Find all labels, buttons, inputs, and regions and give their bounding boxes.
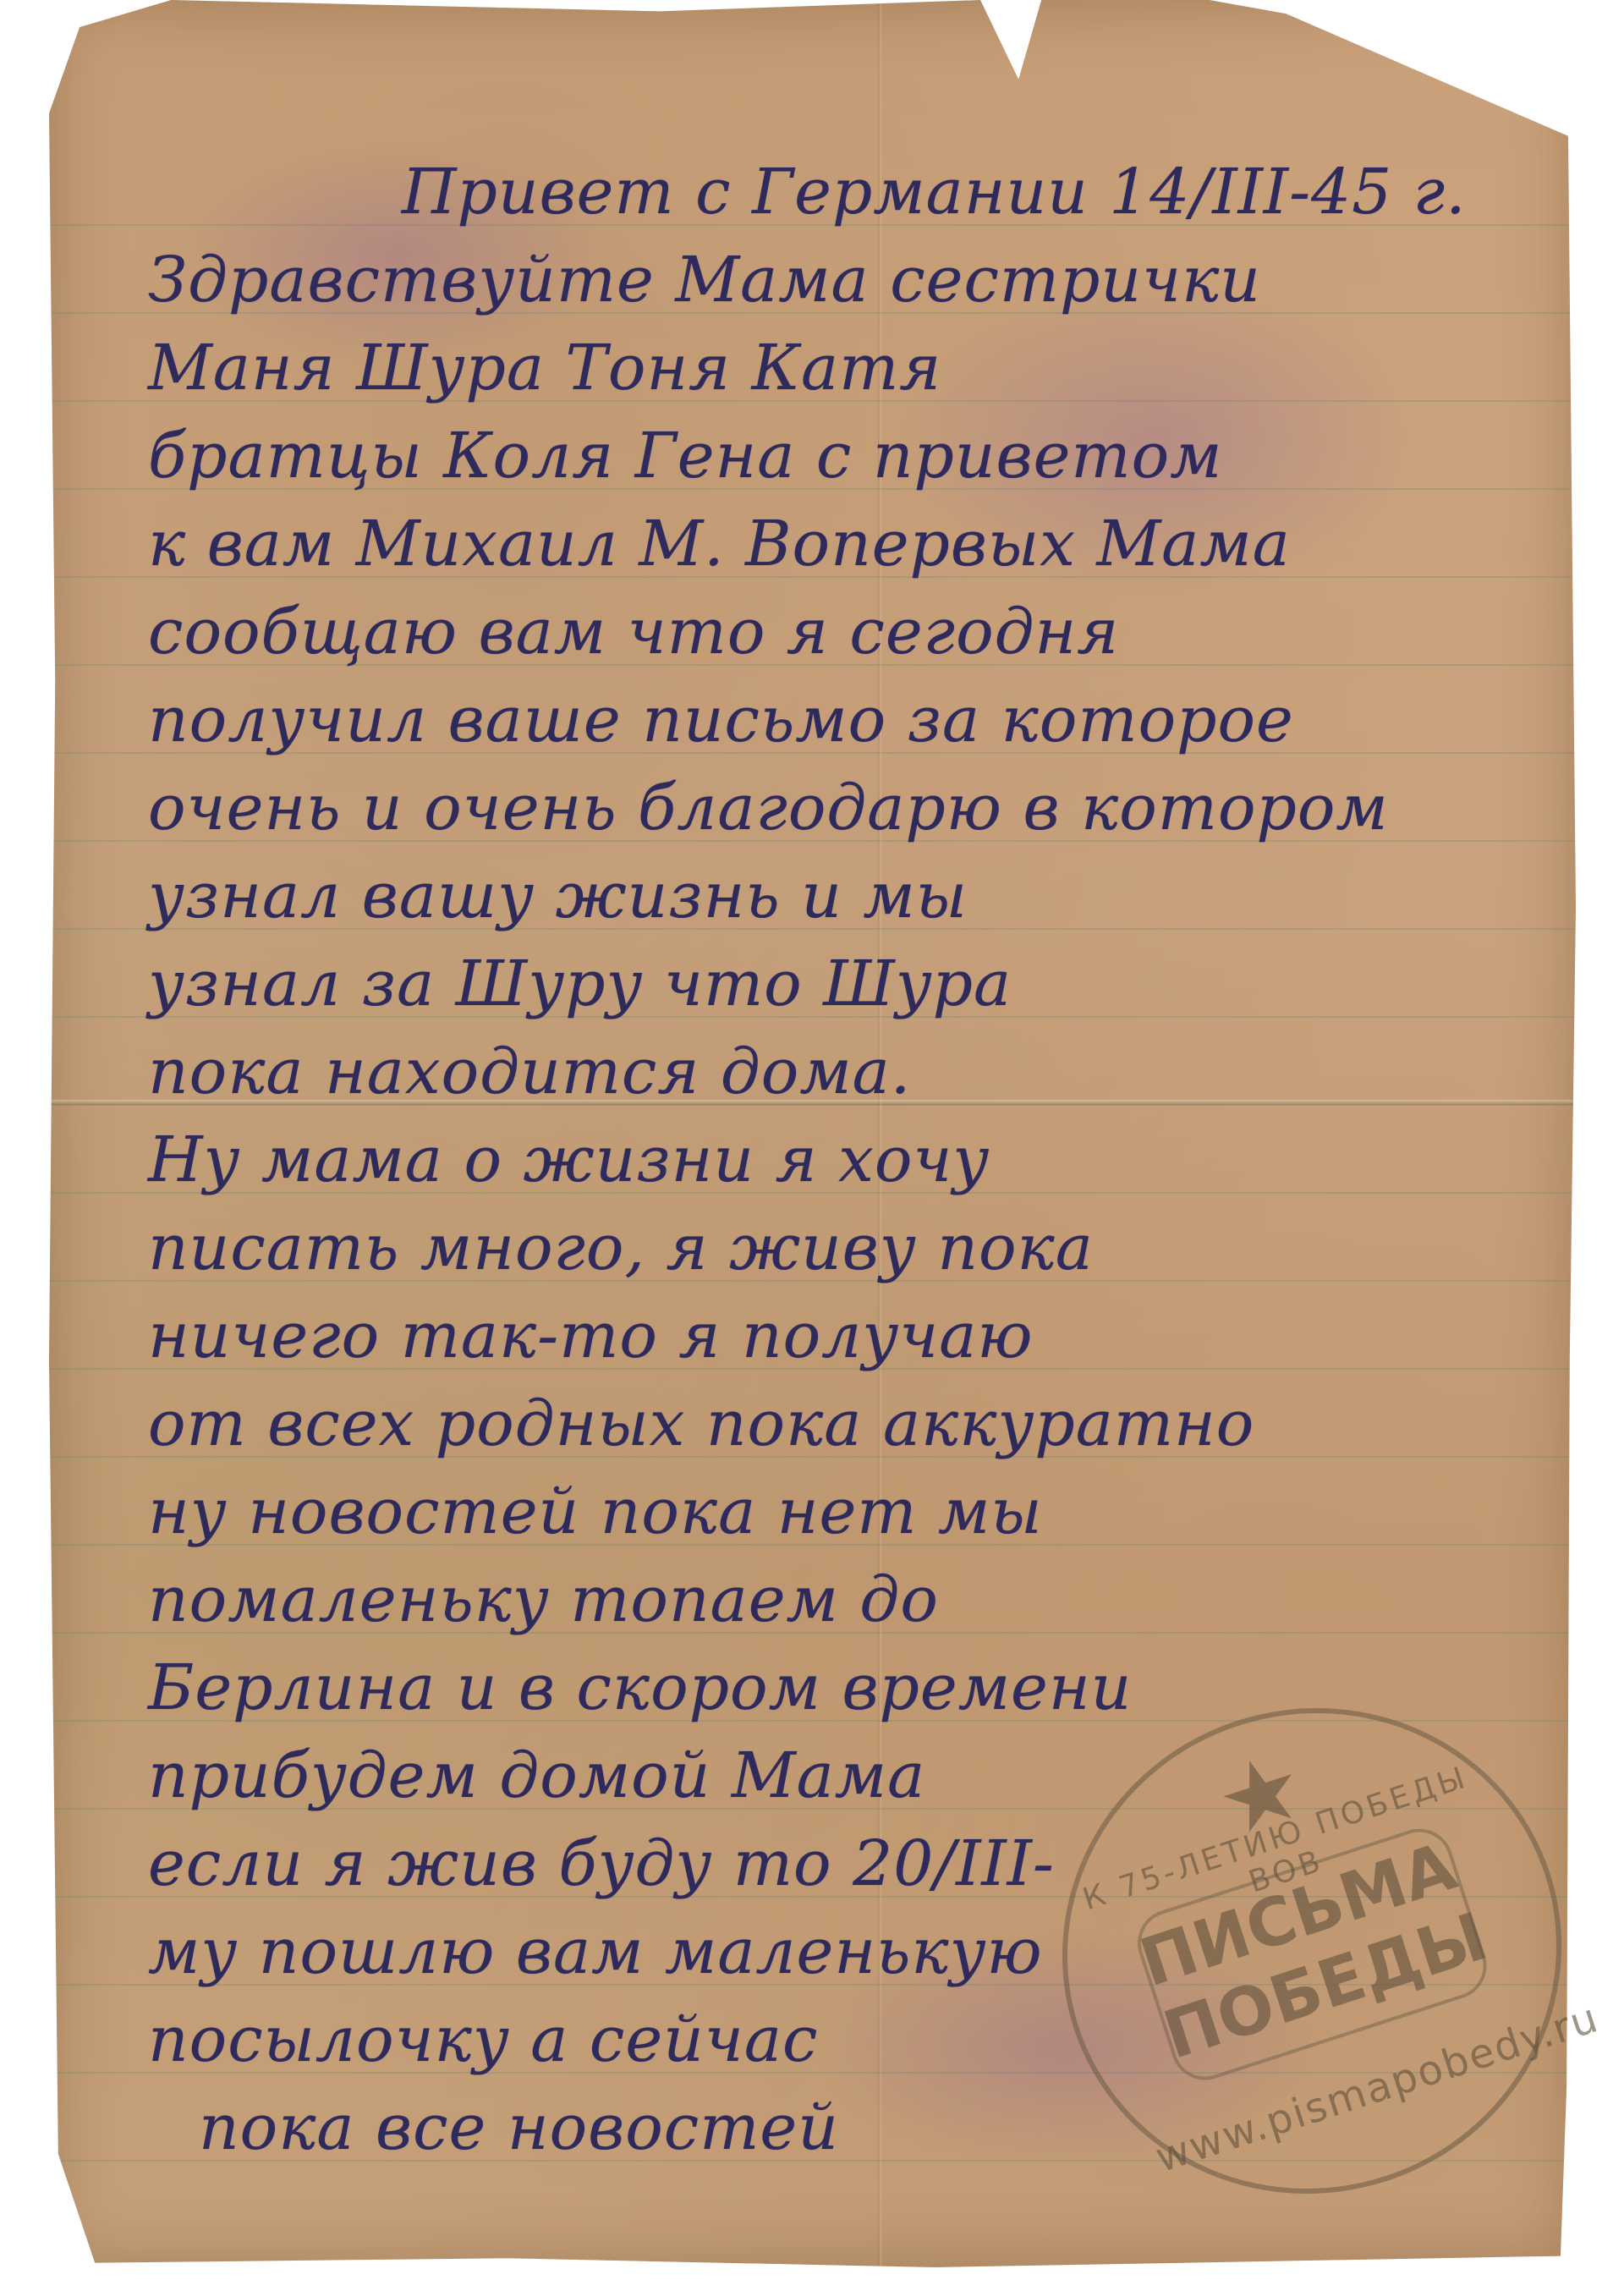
letter-line: сообщаю вам что я сегодня (148, 588, 1603, 676)
letter-line: очень и очень благодарю в котором (148, 764, 1603, 852)
letter-line: ничего так-то я получаю (148, 1292, 1603, 1380)
letter-line: писать много, я живу пока (148, 1204, 1603, 1292)
letter-line: узнал вашу жизнь и мы (148, 852, 1603, 940)
letter-line: помаленьку топаем до (148, 1556, 1603, 1644)
letter-line: получил ваше письмо за которое (148, 676, 1603, 764)
letter-line: узнал за Шуру что Шура (148, 940, 1603, 1028)
letter-line: братцы Коля Гена с приветом (148, 412, 1603, 500)
letter-line: ну новостей пока нет мы (148, 1468, 1603, 1556)
letter-heading: Привет с Германии 14/III-45 г. (148, 148, 1603, 236)
letter-line: Ну мама о жизни я хочу (148, 1116, 1603, 1204)
letter-line: пока находится дома. (148, 1028, 1603, 1116)
letter-line: Маня Шура Тоня Катя (148, 324, 1603, 412)
letter-line: к вам Михаил М. Вопервых Мама (148, 500, 1603, 588)
letter-line: от всех родных пока аккуратно (148, 1380, 1603, 1468)
letter-line: Здравствуйте Мама сестрички (148, 236, 1603, 324)
